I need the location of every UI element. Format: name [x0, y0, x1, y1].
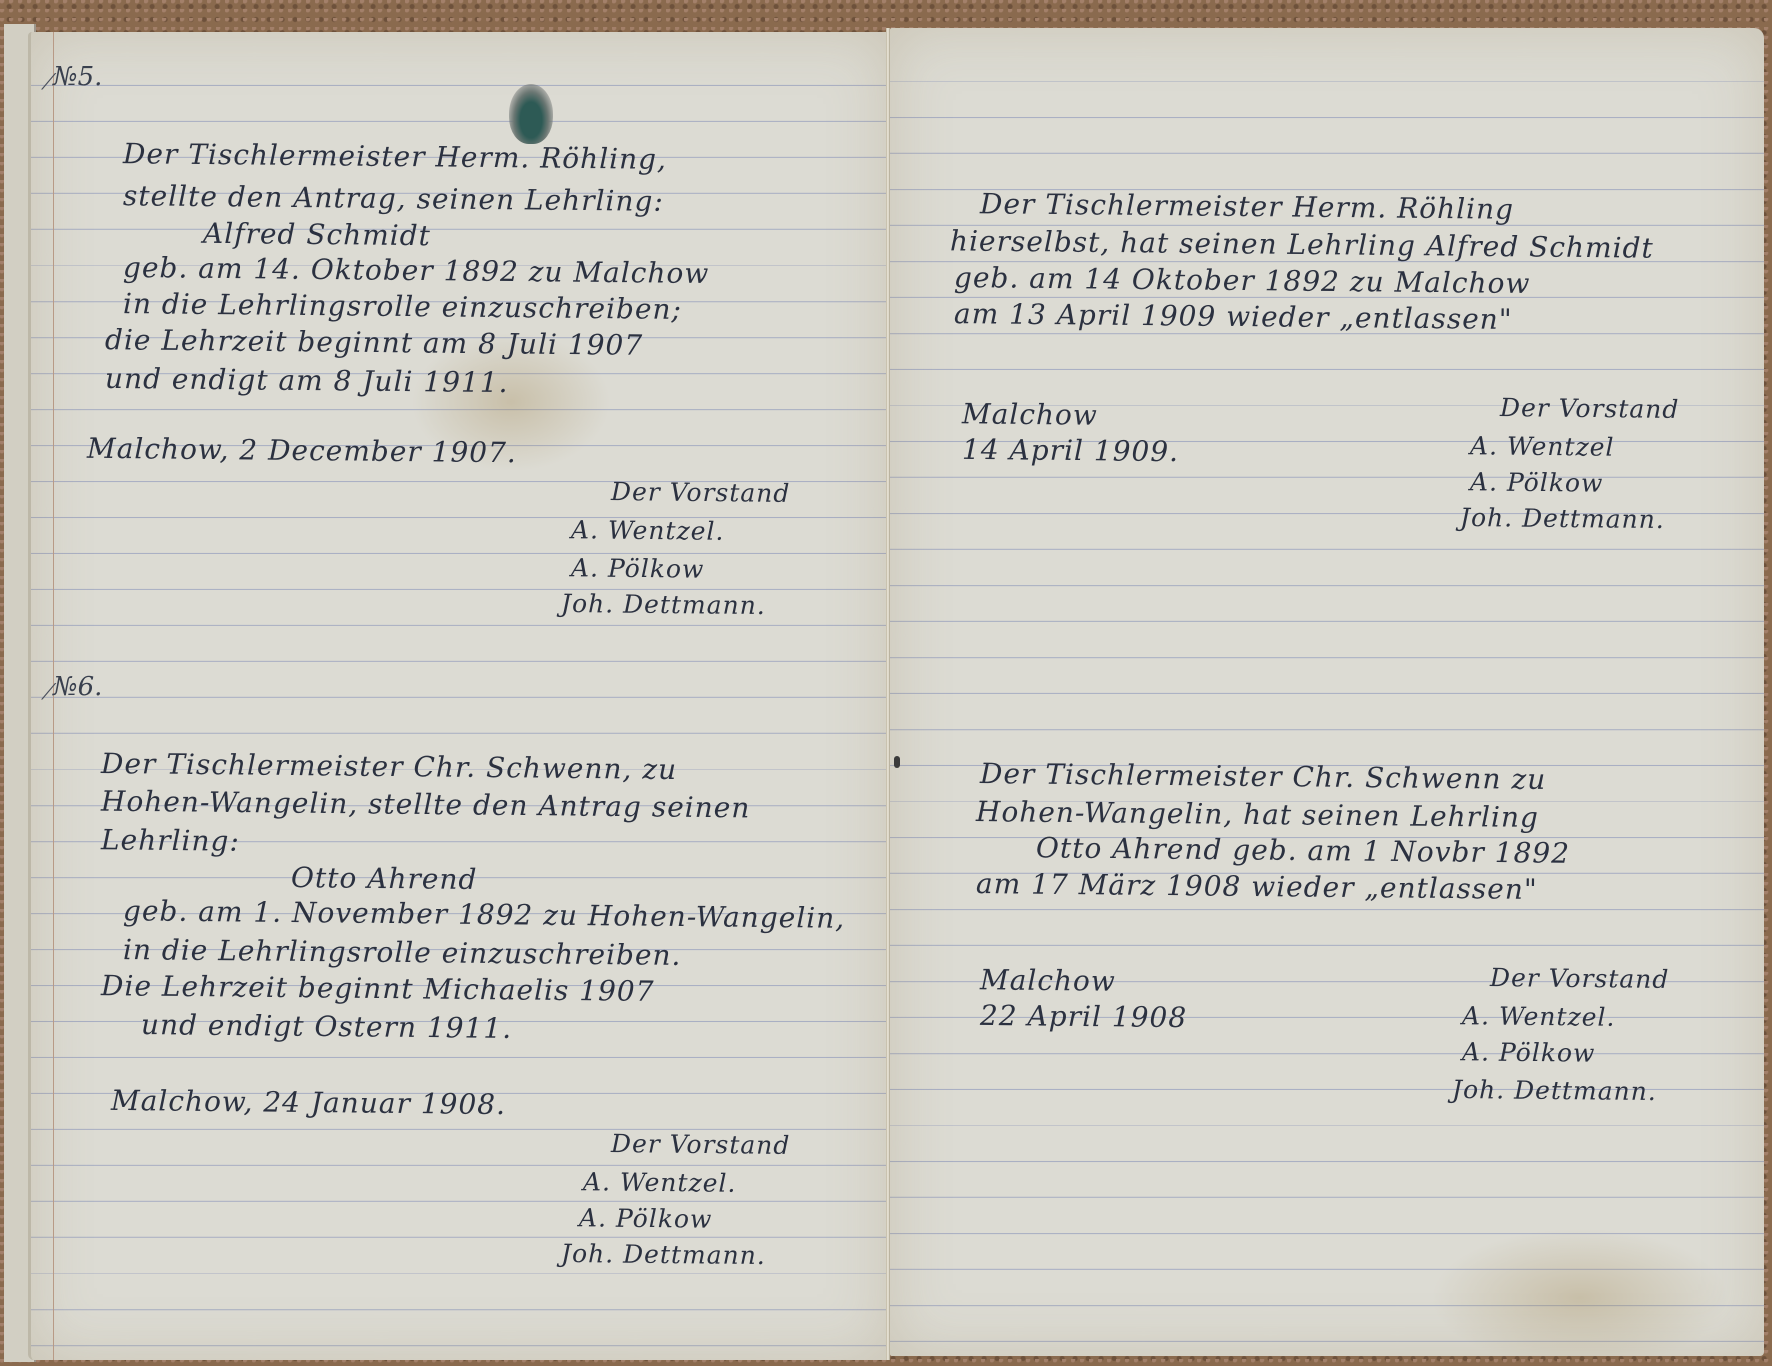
entry-line: und endigt am 8 Juli 1911. [105, 362, 509, 399]
signature: Joh. Dettmann. [561, 589, 766, 620]
signature: A. Wentzel [1470, 431, 1615, 462]
entry-number-5: №5. [53, 62, 102, 92]
apprentice-name: Otto Ahrend [291, 861, 478, 896]
entry-line: stellte den Antrag, seinen Lehrling: [123, 179, 664, 218]
place-date: Malchow, 2 December 1907. [87, 432, 517, 469]
entry-line: in die Lehrlingsrolle einzuschreiben. [123, 933, 682, 972]
signature: A. Pölkow [1462, 1037, 1596, 1067]
date: 14 April 1909. [962, 433, 1179, 468]
entry-line: die Lehrzeit beginnt am 8 Juli 1907 [105, 323, 643, 362]
place: Malchow [962, 397, 1098, 431]
signature-title: Der Vorstand [1500, 393, 1680, 424]
entry-line: hierselbst, hat seinen Lehrling Alfred S… [950, 224, 1654, 264]
entry-line: Die Lehrzeit beginnt Michaelis 1907 [101, 969, 655, 1008]
entry-line: geb. am 14 Oktober 1892 zu Malchow [954, 261, 1531, 300]
entry-line: geb. am 14. Oktober 1892 zu Malchow [123, 251, 710, 290]
entry-number-6: №6. [53, 672, 102, 702]
signature: Joh. Dettmann. [1452, 1075, 1657, 1106]
place: Malchow [980, 963, 1116, 997]
entry-line: Der Tischlermeister Chr. Schwenn zu [980, 757, 1547, 796]
signature-title: Der Vorstand [611, 477, 791, 508]
signature: A. Pölkow [571, 553, 705, 583]
signature: Joh. Dettmann. [561, 1239, 766, 1270]
signature: A. Pölkow [1470, 467, 1604, 497]
entry-line: und endigt Ostern 1911. [141, 1008, 512, 1045]
binding-hole [894, 756, 900, 768]
entry-line: in die Lehrlingsrolle einzuschreiben; [123, 287, 682, 326]
entry-line: am 13 April 1909 wieder „entlassen" [954, 297, 1513, 336]
entry-line: Hohen-Wangelin, stellte den Antrag seine… [101, 785, 751, 825]
ink-blot [509, 84, 553, 144]
signature: A. Wentzel. [583, 1167, 737, 1198]
entry-line: Otto Ahrend geb. am 1 Novbr 1892 [1036, 831, 1570, 870]
entry-line: Lehrling: [101, 823, 240, 857]
entry-line: Der Tischlermeister Herm. Röhling [980, 187, 1514, 226]
entry-line: Der Tischlermeister Herm. Röhling, [123, 137, 667, 176]
entry-line: Der Tischlermeister Chr. Schwenn, zu [101, 747, 677, 786]
stain [1430, 1228, 1730, 1366]
place-date: Malchow, 24 Januar 1908. [111, 1084, 506, 1121]
signature-title: Der Vorstand [1490, 963, 1670, 994]
signature: Joh. Dettmann. [1460, 503, 1665, 534]
signature: A. Wentzel. [571, 515, 725, 546]
signature-title: Der Vorstand [611, 1129, 791, 1160]
signature: A. Wentzel. [1462, 1001, 1616, 1032]
signature: A. Pölkow [579, 1203, 713, 1233]
right-page: Der Tischlermeister Herm. Röhling hierse… [890, 28, 1764, 1356]
date: 22 April 1908 [980, 999, 1187, 1034]
entry-line: am 17 März 1908 wieder „entlassen" [976, 867, 1538, 906]
entry-line: Hohen-Wangelin, hat seinen Lehrling [976, 795, 1539, 834]
left-page: ⟋ №5. Der Tischlermeister Herm. Röhling,… [28, 32, 889, 1360]
entry-line: geb. am 1. November 1892 zu Hohen-Wangel… [123, 894, 845, 935]
apprentice-name: Alfred Schmidt [203, 217, 431, 252]
